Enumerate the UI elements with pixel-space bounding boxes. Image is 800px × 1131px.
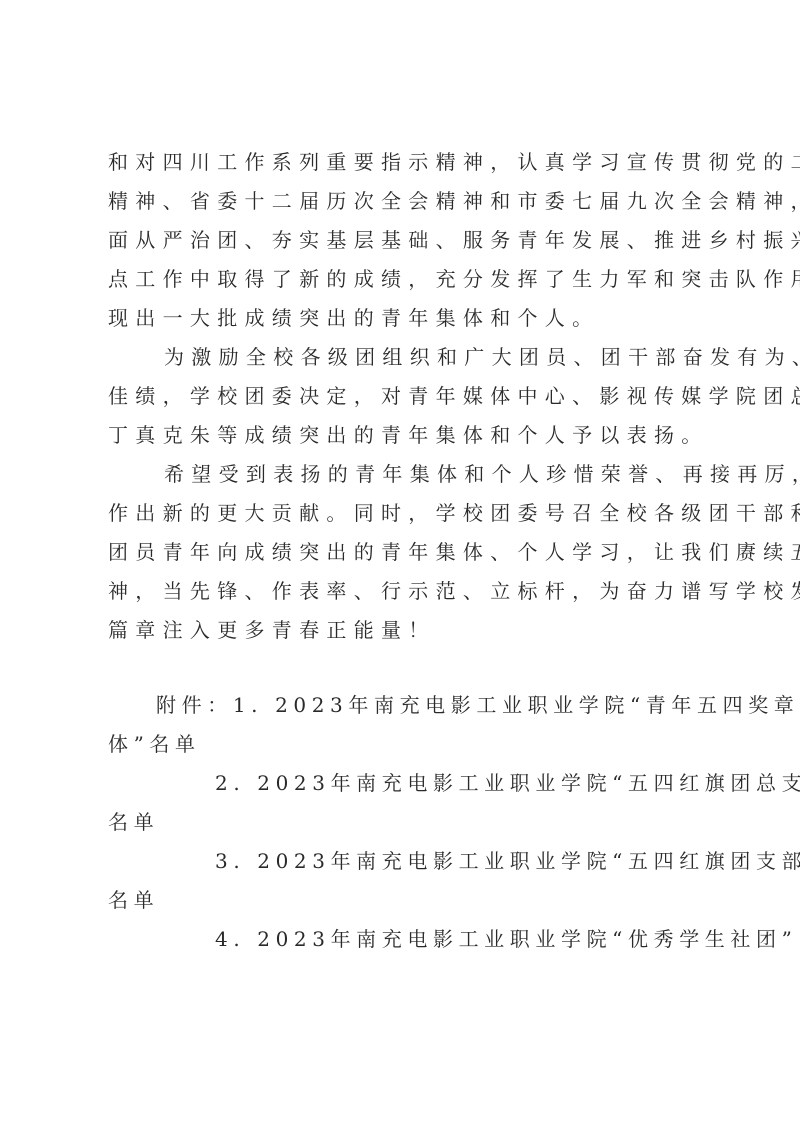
- attachment-title-continued: 名单: [108, 881, 702, 920]
- attachment-item-3: 3. 2023年南充电影工业职业学院“五四红旗团支部” 名单: [108, 842, 702, 920]
- attachment-number: 4.: [215, 927, 245, 951]
- paragraph-3: 希望受到表扬的青年集体和个人珍惜荣誉、再接再厉，不断 作出新的更大贡献。同时，学…: [108, 455, 702, 650]
- attachment-line: 2. 2023年南充电影工业职业学院“五四红旗团总支”: [108, 764, 702, 803]
- attachment-number: 2.: [215, 771, 245, 795]
- attachment-title: 2023年南充电影工业职业学院“青年五四奖章集: [275, 693, 800, 717]
- text-line: 希望受到表扬的青年集体和个人珍惜荣誉、再接再厉，不断: [108, 455, 702, 494]
- document-page: 和对四川工作系列重要指示精神，认真学习宣传贯彻党的二十大 精神、省委十二届历次全…: [0, 0, 800, 1131]
- attachments-label: 附件：: [156, 693, 233, 717]
- text-line: 面从严治团、夯实基层基础、服务青年发展、推进乡村振兴等重: [108, 221, 702, 260]
- attachment-title: 2023年南充电影工业职业学院“五四红旗团支部”: [257, 849, 800, 873]
- text-line: 神，当先锋、作表率、行示范、立标杆，为奋力谱写学校发展新: [108, 572, 702, 611]
- text-line: 团员青年向成绩突出的青年集体、个人学习，让我们赓续五四精: [108, 533, 702, 572]
- text-line: 点工作中取得了新的成绩，充分发挥了生力军和突击队作用，涌: [108, 260, 702, 299]
- text-line: 为激励全校各级团组织和广大团员、团干部奋发有为、再创: [108, 338, 702, 377]
- text-line: 佳绩，学校团委决定，对青年媒体中心、影视传媒学院团总支、: [108, 377, 702, 416]
- text-line: 现出一大批成绩突出的青年集体和个人。: [108, 299, 702, 338]
- text-line: 精神、省委十二届历次全会精神和市委七届九次全会精神，在全: [108, 182, 702, 221]
- attachment-line: 3. 2023年南充电影工业职业学院“五四红旗团支部”: [108, 842, 702, 881]
- attachment-title-continued: 名单: [108, 803, 702, 842]
- paragraph-2: 为激励全校各级团组织和广大团员、团干部奋发有为、再创 佳绩，学校团委决定，对青年…: [108, 338, 702, 455]
- attachment-title: 2023年南充电影工业职业学院“优秀学生社团”: [257, 927, 797, 951]
- text-line: 丁真克朱等成绩突出的青年集体和个人予以表扬。: [108, 416, 702, 455]
- text-line: 篇章注入更多青春正能量！: [108, 611, 702, 650]
- attachment-line: 4. 2023年南充电影工业职业学院“优秀学生社团”: [108, 920, 702, 959]
- attachment-item-2: 2. 2023年南充电影工业职业学院“五四红旗团总支” 名单: [108, 764, 702, 842]
- paragraph-1: 和对四川工作系列重要指示精神，认真学习宣传贯彻党的二十大 精神、省委十二届历次全…: [108, 143, 702, 338]
- attachment-number: 3.: [215, 849, 245, 873]
- attachment-item-4: 4. 2023年南充电影工业职业学院“优秀学生社团”: [108, 920, 702, 959]
- attachment-line: 附件：1. 2023年南充电影工业职业学院“青年五四奖章集: [108, 686, 702, 725]
- attachment-number: 1.: [233, 693, 263, 717]
- attachment-item-1: 附件：1. 2023年南充电影工业职业学院“青年五四奖章集 体”名单: [108, 686, 702, 764]
- text-line: 作出新的更大贡献。同时，学校团委号召全校各级团干部和广大: [108, 494, 702, 533]
- text-line: 和对四川工作系列重要指示精神，认真学习宣传贯彻党的二十大: [108, 143, 702, 182]
- attachment-title: 2023年南充电影工业职业学院“五四红旗团总支”: [257, 771, 800, 795]
- attachment-title-continued: 体”名单: [108, 725, 702, 764]
- attachments-list: 附件：1. 2023年南充电影工业职业学院“青年五四奖章集 体”名单 2. 20…: [108, 686, 702, 959]
- body-text: 和对四川工作系列重要指示精神，认真学习宣传贯彻党的二十大 精神、省委十二届历次全…: [108, 143, 702, 650]
